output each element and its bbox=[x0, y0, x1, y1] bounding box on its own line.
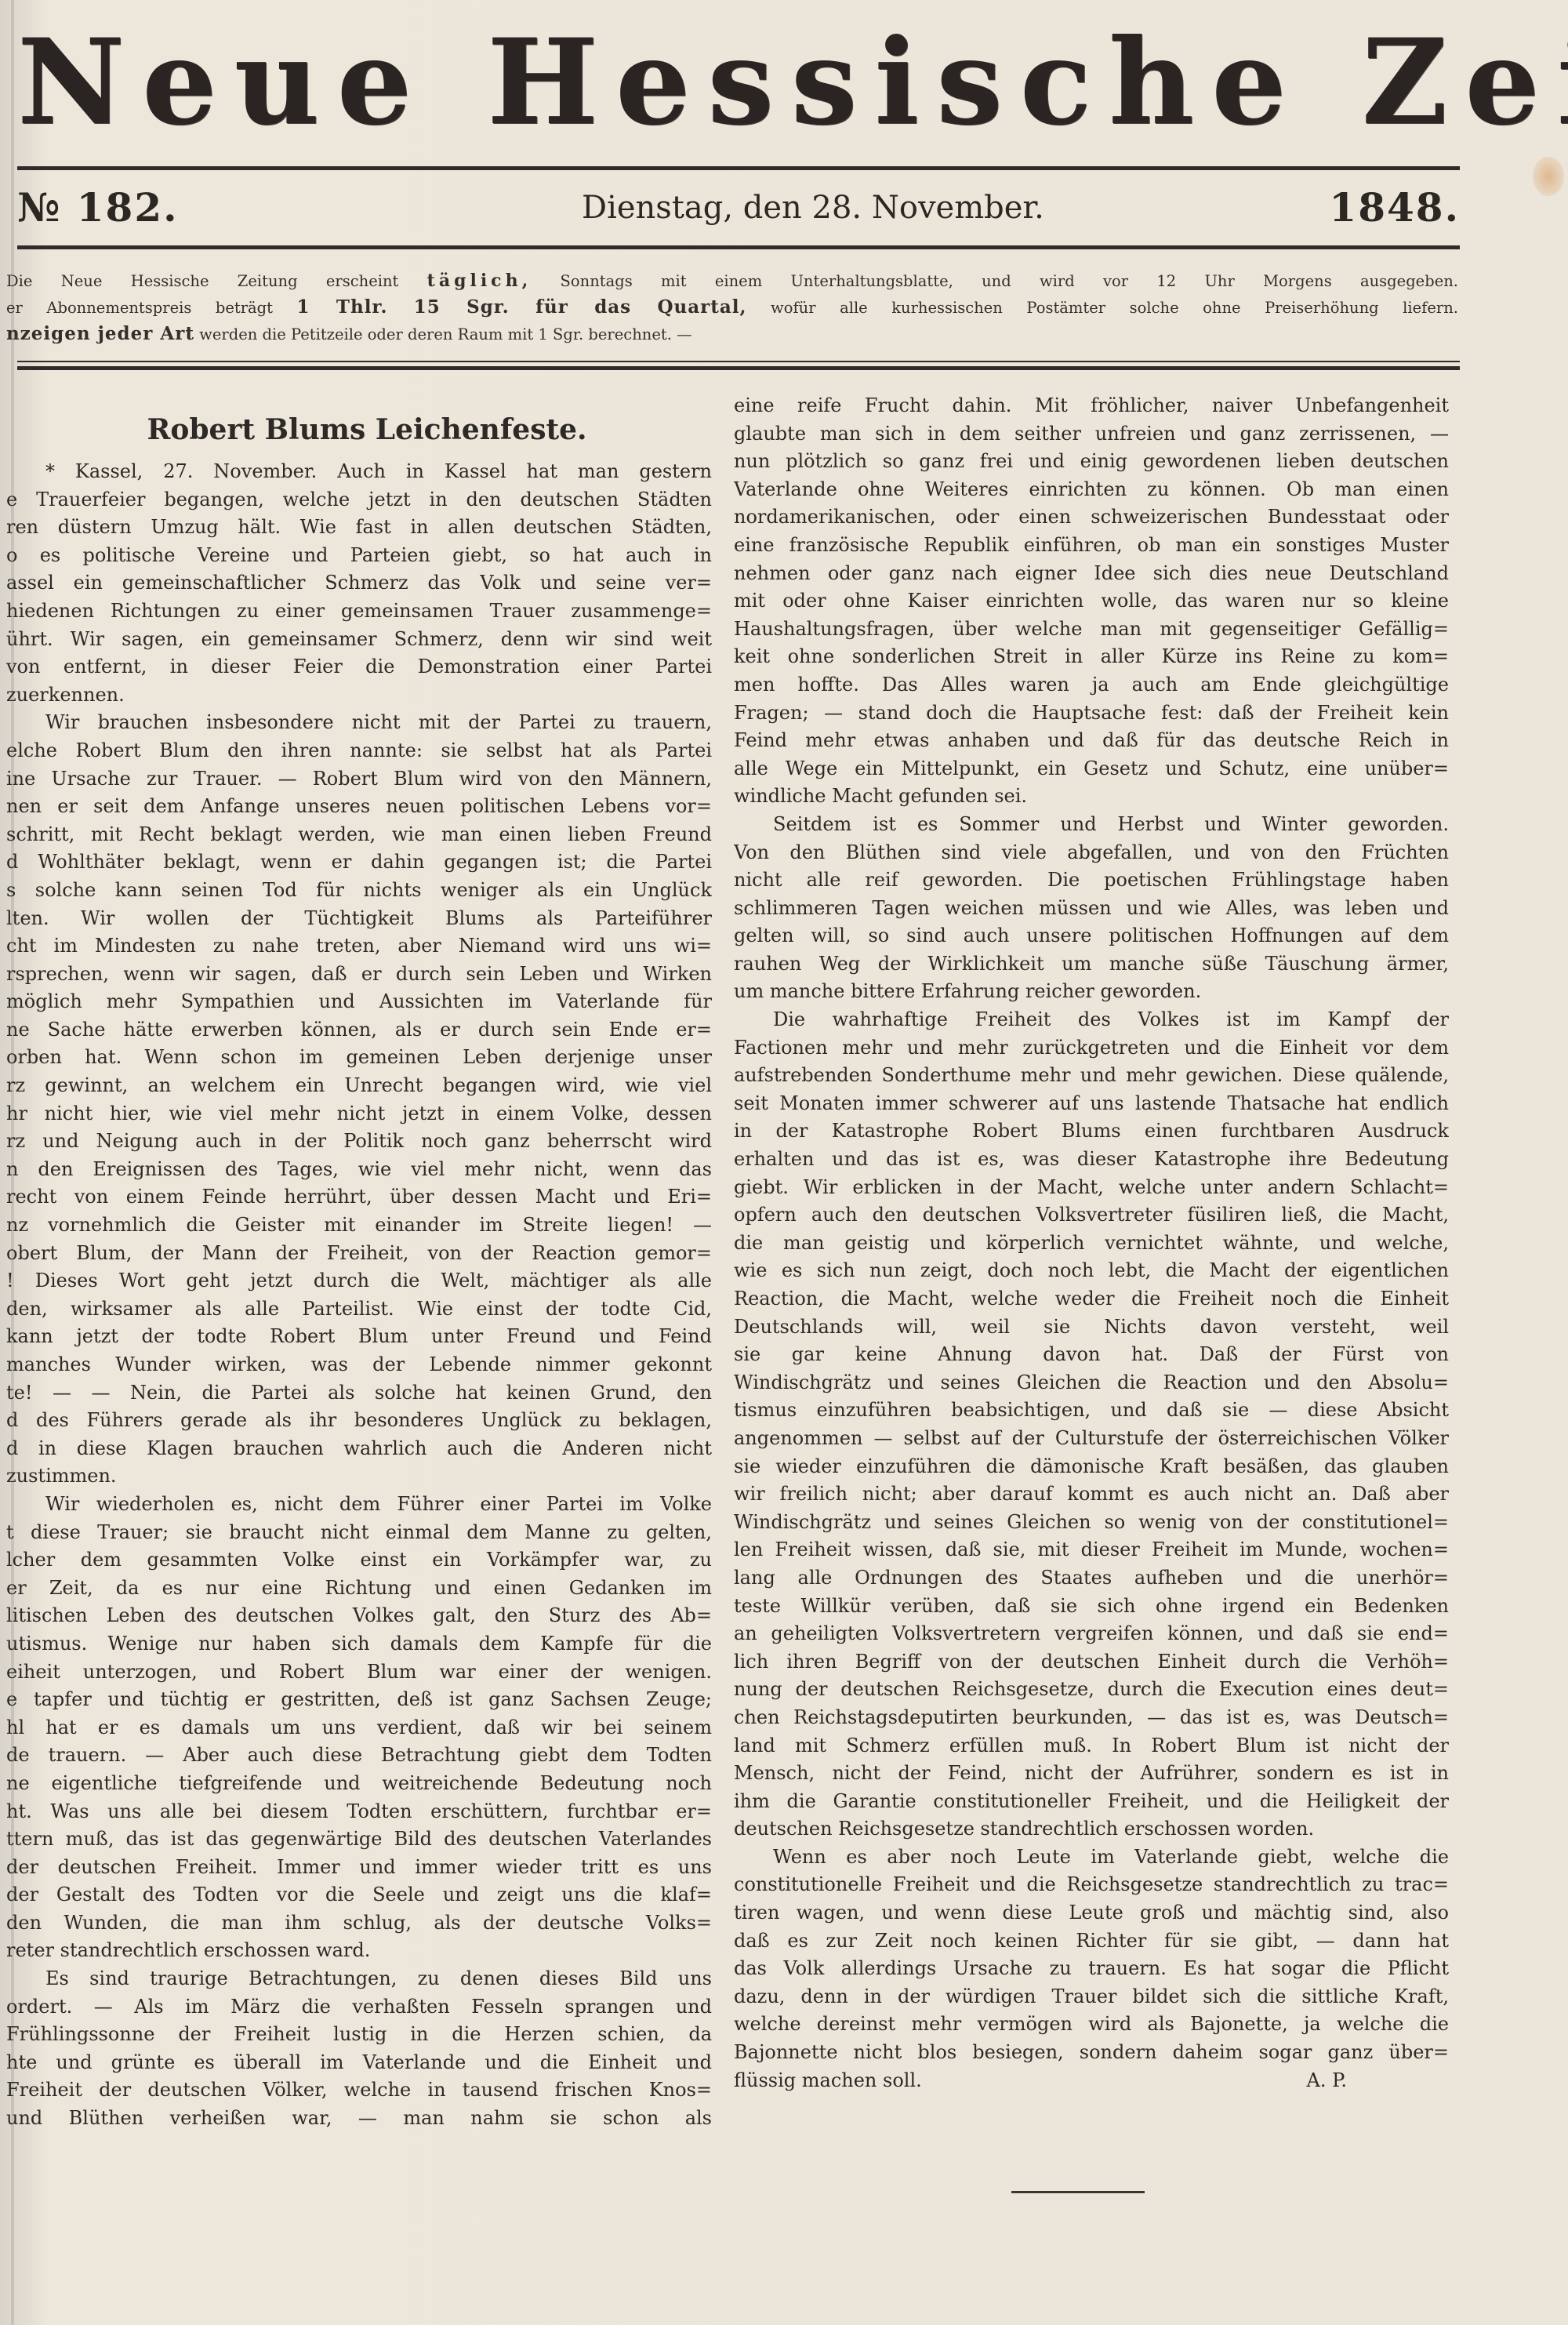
text-line: glaubte man sich in dem seither unfreien… bbox=[734, 420, 1449, 449]
text-line: um manche bittere Erfahrung reicher gewo… bbox=[734, 978, 1449, 1006]
text-line: er Zeit, da es nur eine Richtung und ein… bbox=[6, 1575, 712, 1603]
text-line: ine Ursache zur Trauer. — Robert Blum wi… bbox=[6, 765, 712, 794]
text-line: ne Sache hätte erwerben können, als er d… bbox=[6, 1016, 712, 1044]
text-line: aufstrebenden Sonderthume mehr und mehr … bbox=[734, 1062, 1449, 1090]
author-signature: A. P. bbox=[1306, 2067, 1449, 2095]
text-line: Freiheit der deutschen Völker, welche in… bbox=[6, 2076, 712, 2105]
text-line: Fragen; — stand doch die Hauptsache fest… bbox=[734, 699, 1449, 728]
text-line: zustimmen. bbox=[6, 1462, 712, 1491]
text-line: Wir brauchen insbesondere nicht mit der … bbox=[6, 709, 712, 737]
text-line: land mit Schmerz erfüllen muß. In Robert… bbox=[734, 1732, 1449, 1760]
text-line: wir freilich nicht; aber darauf kommt es… bbox=[734, 1480, 1449, 1509]
article-column-left: Robert Blums Leichenfeste. * Kassel, 27.… bbox=[6, 392, 712, 2133]
text-line: Wir wiederholen es, nicht dem Führer ein… bbox=[6, 1491, 712, 1519]
text-line: Deutschlands will, weil sie Nichts davon… bbox=[734, 1313, 1449, 1342]
text-line: an geheiligten Volksvertretern vergreife… bbox=[734, 1620, 1449, 1648]
text-line: d in diese Klagen brauchen wahrlich auch… bbox=[6, 1435, 712, 1463]
text-line: Vaterlande ohne Weiteres einrichten zu k… bbox=[734, 476, 1449, 504]
text-line: ttern muß, das ist das gegenwärtige Bild… bbox=[6, 1825, 712, 1854]
text-line: d Wohlthäter beklagt, wenn er dahin gega… bbox=[6, 848, 712, 877]
text-line: hl hat er es damals um uns verdient, daß… bbox=[6, 1714, 712, 1742]
text-line: lich ihren Begriff von der deutschen Ein… bbox=[734, 1648, 1449, 1677]
article-title: Robert Blums Leichenfeste. bbox=[6, 409, 712, 450]
double-rule-bottom bbox=[17, 366, 1460, 370]
text-line: n den Ereignissen des Tages, wie viel me… bbox=[6, 1156, 712, 1184]
masthead-rule-top bbox=[17, 166, 1460, 170]
masthead-title: Neue Hessische Zeitung. bbox=[17, 16, 1460, 149]
text-line: Factionen mehr und mehr zurückgetreten u… bbox=[734, 1034, 1449, 1063]
text-line: nung der deutschen Reichsgesetze, durch … bbox=[734, 1676, 1449, 1704]
text-line: mit oder ohne Kaiser einrichten wolle, d… bbox=[734, 587, 1449, 616]
paper-stain bbox=[1533, 157, 1564, 196]
masthead-rule-bottom bbox=[17, 245, 1460, 249]
text-line: obert Blum, der Mann der Freiheit, von d… bbox=[6, 1240, 712, 1268]
text-line: d des Führers gerade als ihr besonderes … bbox=[6, 1407, 712, 1435]
text-line: zuerkennen. bbox=[6, 681, 712, 710]
text-line: welche dereinst mehr vermögen wird als B… bbox=[734, 2011, 1449, 2039]
text-line: recht von einem Feinde herrührt, über de… bbox=[6, 1183, 712, 1212]
text-line: s solche kann seinen Tod für nichts weni… bbox=[6, 877, 712, 905]
text-line: flüssig machen soll.A. P. bbox=[734, 2067, 1449, 2095]
text-line: giebt. Wir erblicken in der Macht, welch… bbox=[734, 1174, 1449, 1202]
subscription-notice: Die Neue Hessische Zeitung erscheint täg… bbox=[6, 268, 1458, 347]
text-line: litischen Leben des deutschen Volkes gal… bbox=[6, 1602, 712, 1630]
text-line: rz und Neigung auch in der Politik noch … bbox=[6, 1128, 712, 1156]
text-line: in der Katastrophe Robert Blums einen fu… bbox=[734, 1117, 1449, 1146]
text-line: eiheit unterzogen, und Robert Blum war e… bbox=[6, 1658, 712, 1687]
text-line: tismus einzuführen beabsichtigen, und da… bbox=[734, 1397, 1449, 1425]
text-line: windliche Macht gefunden sei. bbox=[734, 783, 1449, 811]
text-line: orben hat. Wenn schon im gemeinen Leben … bbox=[6, 1044, 712, 1072]
text-line: hiedenen Richtungen zu einer gemeinsamen… bbox=[6, 598, 712, 626]
text-line: wie es sich nun zeigt, doch noch lebt, d… bbox=[734, 1257, 1449, 1285]
text-line: e Trauerfeier begangen, welche jetzt in … bbox=[6, 486, 712, 514]
text-line: hte und grünte es überall im Vaterlande … bbox=[6, 2049, 712, 2077]
text-line: möglich mehr Sympathien und Aussichten i… bbox=[6, 988, 712, 1016]
text-line: len Freiheit wissen, daß sie, mit dieser… bbox=[734, 1536, 1449, 1564]
newspaper-page: Neue Hessische Zeitung. № 182. Dienstag,… bbox=[0, 0, 1568, 2325]
text-line: ührt. Wir sagen, ein gemeinsamer Schmerz… bbox=[6, 626, 712, 654]
text-line: chen Reichstagsdeputirten beurkunden, — … bbox=[734, 1704, 1449, 1732]
text-line: sie wieder einzuführen die dämonische Kr… bbox=[734, 1453, 1449, 1481]
issue-date: Dienstag, den 28. November. bbox=[582, 180, 1044, 235]
text-line: ihm die Garantie constitutioneller Freih… bbox=[734, 1788, 1449, 1816]
text-line: ren düstern Umzug hält. Wie fast in alle… bbox=[6, 514, 712, 542]
text-line: Bajonnette nicht blos besiegen, sondern … bbox=[734, 2039, 1449, 2067]
text-line: den, wirksamer als alle Parteilist. Wie … bbox=[6, 1295, 712, 1324]
text-line: constitutionelle Freiheit und die Reichs… bbox=[734, 1871, 1449, 1899]
text-line: hr nicht hier, wie viel mehr nicht jetzt… bbox=[6, 1100, 712, 1128]
text-line: opfern auch den deutschen Volksvertreter… bbox=[734, 1201, 1449, 1230]
text-line: de trauern. — Aber auch diese Betrachtun… bbox=[6, 1742, 712, 1770]
right-column-text: eine reife Frucht dahin. Mit fröhlicher,… bbox=[734, 392, 1449, 2094]
text-line: Die wahrhaftige Freiheit des Volkes ist … bbox=[734, 1006, 1449, 1034]
text-line: sie gar keine Ahnung davon hat. Daß der … bbox=[734, 1341, 1449, 1369]
text-line: erhalten und das ist es, was dieser Kata… bbox=[734, 1146, 1449, 1174]
double-rule-top bbox=[17, 361, 1460, 362]
text-line: keit ohne sonderlichen Streit in aller K… bbox=[734, 643, 1449, 671]
text-line: das Volk allerdings Ursache zu trauern. … bbox=[734, 1955, 1449, 1983]
issue-number: № 182. bbox=[17, 180, 179, 235]
text-line: deutschen Reichsgesetze standrechtlich e… bbox=[734, 1815, 1449, 1844]
text-line: Seitdem ist es Sommer und Herbst und Win… bbox=[734, 811, 1449, 839]
text-line: Von den Blüthen sind viele abgefallen, u… bbox=[734, 839, 1449, 867]
text-line: Wenn es aber noch Leute im Vaterlande gi… bbox=[734, 1844, 1449, 1872]
text-line: Windischgrätz und seines Gleichen so wen… bbox=[734, 1509, 1449, 1537]
text-line: lten. Wir wollen der Tüchtigkeit Blums a… bbox=[6, 905, 712, 933]
issue-info-row: № 182. Dienstag, den 28. November. 1848. bbox=[17, 180, 1460, 235]
text-line: Mensch, nicht der Feind, nicht der Aufrü… bbox=[734, 1760, 1449, 1788]
text-line: men hoffte. Das Alles waren ja auch am E… bbox=[734, 671, 1449, 699]
text-line: eine französische Republik einführen, ob… bbox=[734, 532, 1449, 560]
text-line: die man geistig und körperlich vernichte… bbox=[734, 1230, 1449, 1258]
text-line: te! — — Nein, die Partei als solche hat … bbox=[6, 1379, 712, 1408]
text-line: von entfernt, in dieser Feier die Demons… bbox=[6, 653, 712, 681]
text-line: elche Robert Blum den ihren nannte: sie … bbox=[6, 737, 712, 765]
article-column-right: eine reife Frucht dahin. Mit fröhlicher,… bbox=[734, 392, 1449, 2094]
text-line: der deutschen Freiheit. Immer und immer … bbox=[6, 1854, 712, 1882]
text-line: ne eigentliche tiefgreifende und weitrei… bbox=[6, 1770, 712, 1798]
text-line: seit Monaten immer schwerer auf uns last… bbox=[734, 1090, 1449, 1118]
text-line: schlimmeren Tagen weichen müssen und wie… bbox=[734, 895, 1449, 923]
text-line: Reaction, die Macht, welche weder die Fr… bbox=[734, 1285, 1449, 1313]
text-line: daß es zur Zeit noch keinen Richter für … bbox=[734, 1927, 1449, 1956]
text-line: lang alle Ordnungen des Staates aufheben… bbox=[734, 1564, 1449, 1593]
text-line: rauhen Weg der Wirklichkeit um manche sü… bbox=[734, 950, 1449, 979]
text-line: teste Willkür verüben, daß sie sich ohne… bbox=[734, 1593, 1449, 1621]
article-end-rule bbox=[1011, 2191, 1145, 2193]
text-line: rz gewinnt, an welchem ein Unrecht began… bbox=[6, 1072, 712, 1100]
text-line: nordamerikanischen, oder einen schweizer… bbox=[734, 503, 1449, 532]
issue-year: 1848. bbox=[1329, 180, 1460, 235]
text-line: ordert. — Als im März die verhaßten Fess… bbox=[6, 1993, 712, 2022]
text-line: nicht alle reif geworden. Die poetischen… bbox=[734, 866, 1449, 895]
notice-line: Die Neue Hessische Zeitung erscheint täg… bbox=[6, 268, 1458, 294]
text-line: tiren wagen, und wenn diese Leute groß u… bbox=[734, 1899, 1449, 1927]
text-line: kann jetzt der todte Robert Blum unter F… bbox=[6, 1323, 712, 1351]
text-line: Feind mehr etwas anhaben und daß für das… bbox=[734, 727, 1449, 755]
text-line: ht. Was uns alle bei diesem Todten ersch… bbox=[6, 1798, 712, 1826]
text-line: und Blüthen verheißen war, — man nahm si… bbox=[6, 2105, 712, 2133]
text-line: nehmen oder ganz nach eigner Idee sich d… bbox=[734, 560, 1449, 588]
text-line: reter standrechtlich erschossen ward. bbox=[6, 1937, 712, 1965]
text-line: nun plötzlich so ganz frei und einig gew… bbox=[734, 448, 1449, 476]
text-line: Windischgrätz und seines Gleichen die Re… bbox=[734, 1369, 1449, 1397]
text-line: schritt, mit Recht beklagt werden, wie m… bbox=[6, 821, 712, 849]
text-line: Es sind traurige Betrachtungen, zu denen… bbox=[6, 1965, 712, 1993]
text-line: * Kassel, 27. November. Auch in Kassel h… bbox=[6, 458, 712, 486]
text-line: utismus. Wenige nur haben sich damals de… bbox=[6, 1630, 712, 1658]
text-line: assel ein gemeinschaftlicher Schmerz das… bbox=[6, 569, 712, 598]
text-line: rsprechen, wenn wir sagen, daß er durch … bbox=[6, 961, 712, 989]
text-line: t diese Trauer; sie braucht nicht einmal… bbox=[6, 1519, 712, 1547]
text-line: alle Wege ein Mittelpunkt, ein Gesetz un… bbox=[734, 755, 1449, 783]
text-line: lcher dem gesammten Volke einst ein Vork… bbox=[6, 1546, 712, 1575]
text-line: manches Wunder wirken, was der Lebende n… bbox=[6, 1351, 712, 1379]
text-line: gelten will, so sind auch unsere politis… bbox=[734, 922, 1449, 950]
text-line: ! Dieses Wort geht jetzt durch die Welt,… bbox=[6, 1267, 712, 1295]
text-line: Frühlingssonne der Freiheit lustig in di… bbox=[6, 2021, 712, 2049]
text-line: cht im Mindesten zu nahe treten, aber Ni… bbox=[6, 932, 712, 961]
text-line: Haushaltungsfragen, über welche man mit … bbox=[734, 616, 1449, 644]
notice-line: nzeigen jeder Art werden die Petitzeile … bbox=[6, 321, 1458, 347]
text-line: o es politische Vereine und Parteien gie… bbox=[6, 542, 712, 570]
left-column-text: * Kassel, 27. November. Auch in Kassel h… bbox=[6, 458, 712, 2133]
notice-line: er Abonnementspreis beträgt 1 Thlr. 15 S… bbox=[6, 294, 1458, 321]
text-line: angenommen — selbst auf der Culturstufe … bbox=[734, 1425, 1449, 1453]
text-line: eine reife Frucht dahin. Mit fröhlicher,… bbox=[734, 392, 1449, 420]
text-line: e tapfer und tüchtig er gestritten, deß … bbox=[6, 1686, 712, 1714]
text-line: den Wunden, die man ihm schlug, als der … bbox=[6, 1909, 712, 1938]
text-line: dazu, denn in der würdigen Trauer bildet… bbox=[734, 1983, 1449, 2011]
text-line: der Gestalt des Todten vor die Seele und… bbox=[6, 1881, 712, 1909]
text-line: nz vornehmlich die Geister mit einander … bbox=[6, 1212, 712, 1240]
text-line: nen er seit dem Anfange unseres neuen po… bbox=[6, 793, 712, 821]
